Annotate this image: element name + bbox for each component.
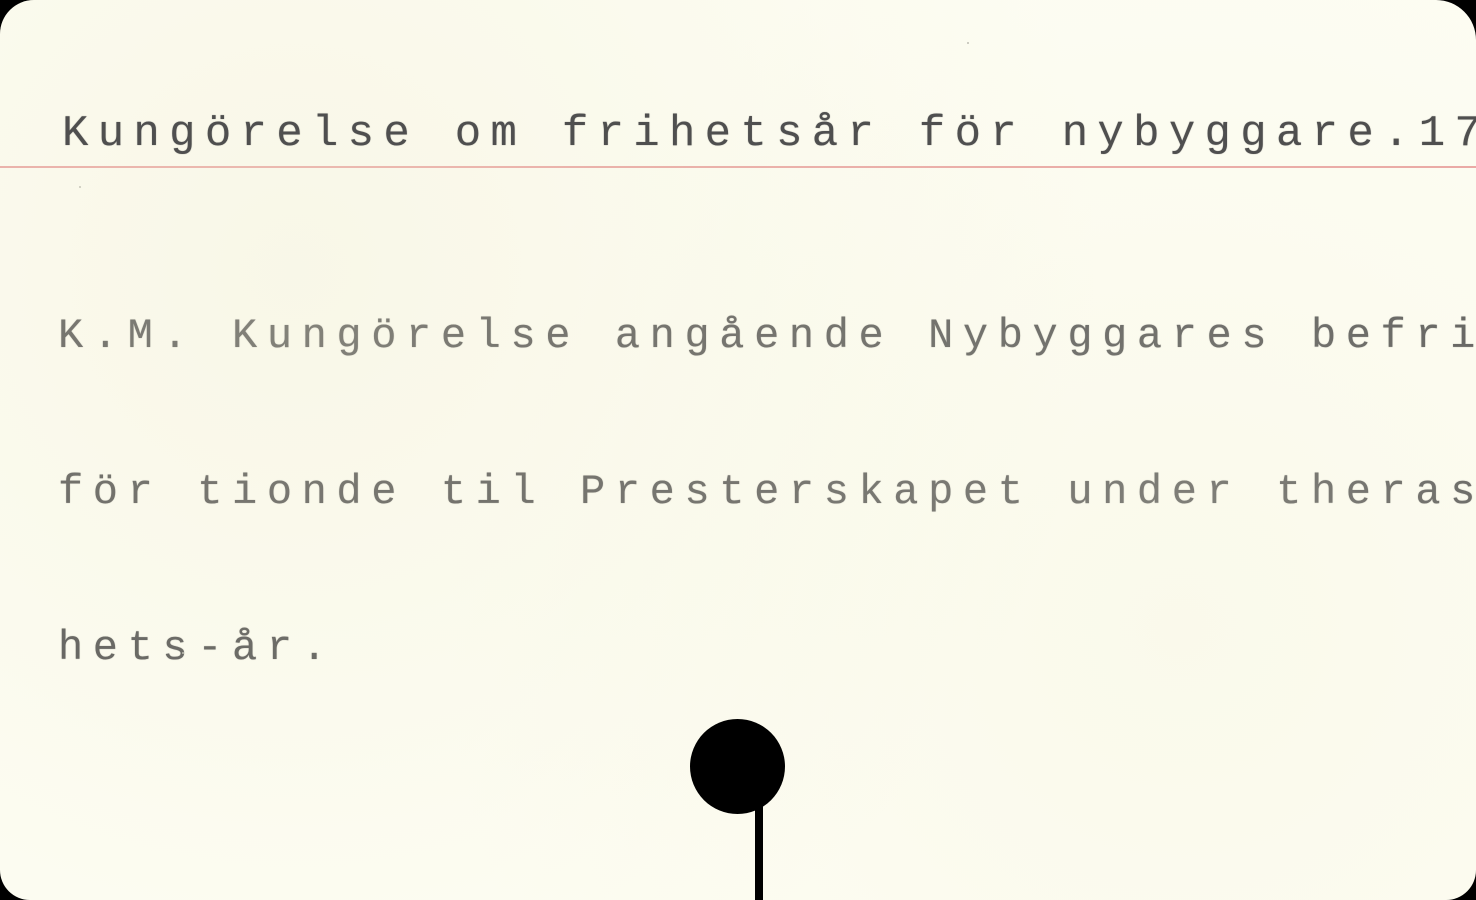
body-line-1: K.M. Kungörelse angående Nybyggares befr… [58, 310, 1476, 362]
paper-speck [79, 186, 81, 188]
index-card: Kungörelse om frihetsår för nybyggare.17… [0, 0, 1476, 900]
paper-speck [967, 42, 969, 44]
card-heading: Kungörelse om frihetsår för nybyggare.17… [62, 104, 1476, 164]
body-line-2: för tionde til Presterskapet under thera… [58, 466, 1476, 518]
punch-hole [690, 719, 785, 814]
body-line-3: hets-år. [58, 622, 1476, 674]
punch-hole-slot [755, 806, 763, 900]
card-body: K.M. Kungörelse angående Nybyggares befr… [58, 206, 1476, 778]
red-ruled-line [0, 166, 1476, 168]
paper-speck [182, 652, 184, 654]
